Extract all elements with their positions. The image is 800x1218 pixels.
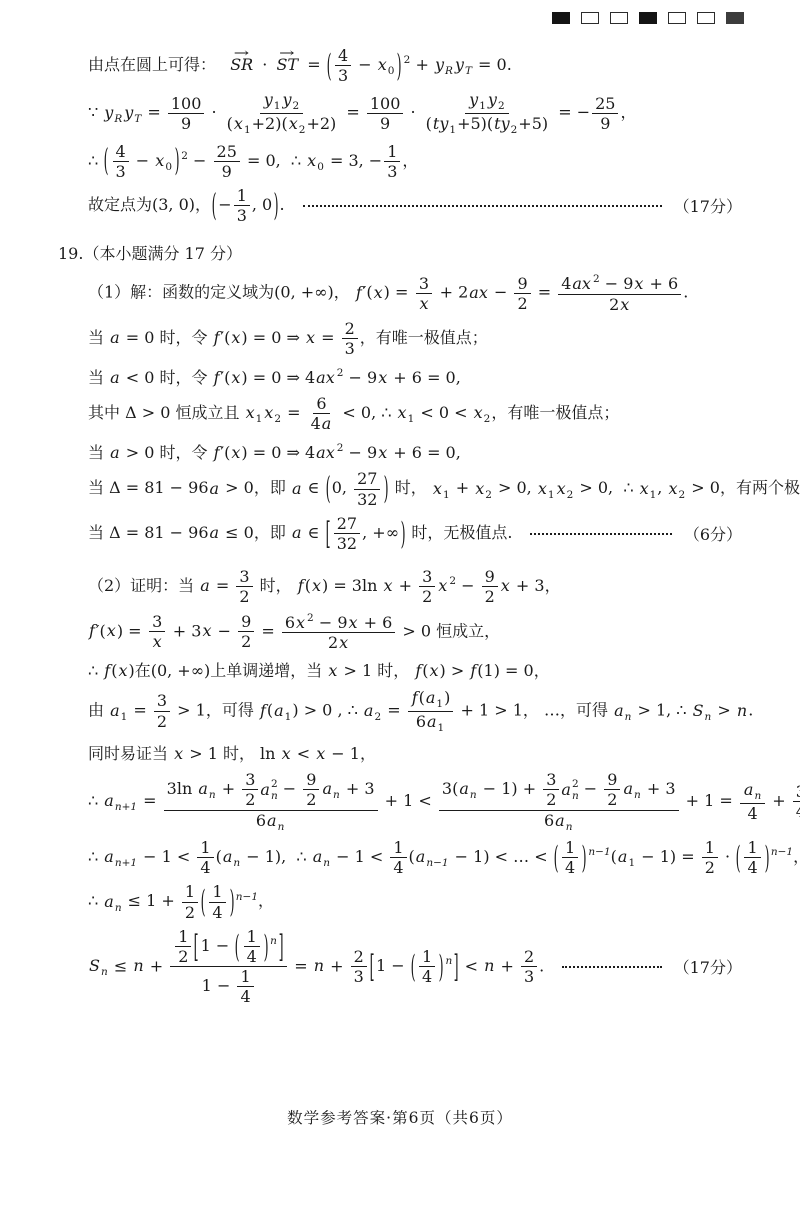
- text-run: ′(: [221, 443, 231, 462]
- fenced-group: (14): [410, 947, 445, 986]
- denominator: 4: [419, 967, 435, 986]
- text-run: 4: [747, 804, 757, 823]
- denominator: 2: [182, 903, 198, 922]
- text-run: > 1 时，: [338, 661, 414, 680]
- math-expression: ∴ f(x)在(0, +∞)上单调递增，当 x > 1 时， f(x) > f(…: [88, 658, 550, 681]
- text-run: +: [495, 956, 519, 975]
- text-run: > 0 时，令: [121, 443, 213, 462]
- sub-sup-var: a2n: [260, 778, 277, 802]
- numerator: 6x2 − 9x + 6: [282, 612, 395, 633]
- math-var: a: [613, 701, 625, 720]
- math-var: a: [617, 847, 629, 866]
- denominator: 3: [335, 66, 351, 85]
- text-run: ′(: [221, 368, 231, 387]
- numerator: 6: [313, 394, 329, 414]
- text-run: − 1) +: [478, 779, 542, 798]
- math-var: a: [103, 892, 115, 911]
- line-x0-solve: ∴ (43 − x0)2 − 259 = 0, ∴ x0 = 3, −13，: [88, 142, 742, 181]
- text-run: 19.（本小题满分 17 分）: [58, 244, 242, 263]
- line-an-gt-1: 由 a1 = 32 > 1，可得 f(a1) > 0 , ∴ a2 = f(a1…: [88, 688, 742, 734]
- text-run: (: [409, 847, 415, 866]
- text-run: (: [419, 688, 425, 707]
- open-fence: (: [326, 50, 331, 81]
- math-var: f: [259, 701, 267, 720]
- text-run: − 9: [600, 274, 634, 293]
- fraction: 92: [238, 612, 254, 651]
- text-run: 9: [485, 567, 495, 586]
- open-fence: (: [553, 842, 558, 873]
- text-run: 当 Δ = 81 − 96: [88, 523, 209, 542]
- text-run: −: [579, 779, 603, 798]
- math-var: a: [363, 701, 375, 720]
- text-run: (: [422, 661, 428, 680]
- math-var: a: [109, 443, 121, 462]
- fraction: an4: [740, 780, 765, 823]
- math-var: a: [291, 523, 303, 542]
- math-var: a: [743, 780, 755, 799]
- text-run: > 0 恒成立，: [397, 621, 500, 640]
- math-var: x: [106, 621, 117, 640]
- group-content: 14: [741, 838, 763, 877]
- text-run: .: [279, 195, 284, 214]
- open-fence: [: [325, 518, 330, 549]
- text-run: + 3，: [511, 576, 561, 595]
- text-run: ,: [657, 479, 667, 498]
- math-expression: （1）解：函数的定义域为(0, +∞)， f′(x) = 3x + 2ax − …: [88, 273, 688, 313]
- math-var: x: [537, 479, 548, 498]
- text-run: <: [292, 744, 316, 763]
- subscript: n: [566, 821, 574, 833]
- text-run: =: [256, 621, 280, 640]
- numerator: 1: [390, 838, 406, 858]
- numerator: 9: [604, 770, 620, 790]
- text-run: =: [316, 328, 340, 347]
- numerator: 4: [335, 46, 351, 66]
- text-run: ) = 3ln: [322, 576, 383, 595]
- score-label: （6分）: [684, 522, 742, 545]
- text-run: 2: [546, 790, 556, 809]
- open-fence: (: [235, 931, 240, 962]
- vector-arrow-icon: →: [271, 45, 303, 60]
- subscript: 1: [449, 124, 457, 136]
- text-run: 25: [595, 94, 615, 113]
- dotted-leader: [562, 966, 661, 968]
- text-run: ′(: [96, 621, 106, 640]
- denominator: 4: [209, 903, 225, 922]
- denominator: 3: [384, 162, 400, 181]
- text-run: ∴: [88, 151, 103, 170]
- vector: →SR: [230, 55, 253, 74]
- text-run: 4: [116, 142, 126, 161]
- math-var: x: [306, 151, 317, 170]
- text-run: 3: [419, 274, 429, 293]
- subscript: n: [323, 857, 331, 869]
- math-var: a: [312, 847, 324, 866]
- text-run: + 6: [644, 274, 678, 293]
- text-run: <: [459, 956, 483, 975]
- numerator: 27: [334, 514, 360, 534]
- denominator: 2: [242, 790, 258, 809]
- fraction: 34: [793, 782, 800, 821]
- math-var: f: [213, 328, 221, 347]
- math-var: a: [266, 811, 278, 830]
- text-run: 1: [387, 142, 397, 161]
- text-run: − 1), ∴: [241, 847, 312, 866]
- subscript: 1: [548, 489, 556, 501]
- close-fence: ): [274, 190, 279, 221]
- text-run: )在(0, +∞)上单调递增，当: [128, 661, 327, 680]
- text-run: ∴: [88, 661, 103, 680]
- numerator: 1: [384, 142, 400, 162]
- registration-mark: [610, 12, 628, 24]
- text-run: 2: [485, 587, 495, 606]
- denominator: 6a1: [413, 712, 448, 735]
- numerator: 2: [351, 947, 367, 967]
- text-run: < 0 时，令: [121, 368, 213, 387]
- numerator: 3: [543, 770, 559, 790]
- text-run: + 3: [168, 621, 202, 640]
- text-run: − 1，: [326, 744, 376, 763]
- numerator: 9: [482, 567, 498, 587]
- denominator: 2: [175, 947, 191, 966]
- denominator: (x1+2)(x2+2): [224, 114, 340, 137]
- subscript: 1: [244, 124, 252, 136]
- math-expression: 19.（本小题满分 17 分）: [58, 241, 242, 264]
- text-run: ′(: [363, 283, 373, 302]
- denominator: 2: [154, 712, 170, 731]
- numerator: 1: [244, 927, 260, 947]
- text-run: − 1 <: [138, 847, 195, 866]
- text-run: 32: [357, 490, 377, 509]
- text-run: 1: [212, 882, 222, 901]
- text-run: ′(: [221, 328, 231, 347]
- math-var: a: [554, 811, 566, 830]
- text-run: 4: [422, 967, 432, 986]
- denominator: 4a: [308, 414, 336, 433]
- text-run: ) = 0 ⇒ 4: [241, 443, 315, 462]
- math-var: x: [230, 368, 241, 387]
- text-run: = 0.: [473, 55, 512, 74]
- math-var: x: [338, 633, 349, 652]
- fraction: 13: [234, 186, 250, 225]
- line-delta-pos: 当 Δ = 81 − 96a > 0，即 a ∈ (0, 2732) 时， x1…: [88, 469, 742, 508]
- text-run: 故定点为(3, 0)，: [88, 195, 211, 214]
- answer-lines: 由点在圆上可得： →SR · →ST = (43 − x0)2 + yRyT =…: [88, 46, 742, 1007]
- math-expression: f′(x) = 3x + 3x − 92 = 6x2 − 9x + 62x > …: [88, 612, 500, 652]
- subscript: R: [445, 65, 454, 77]
- text-run: 4: [565, 858, 575, 877]
- numerator: 1: [197, 838, 213, 858]
- text-run: , +∞: [362, 523, 399, 542]
- text-run: 1: [565, 838, 575, 857]
- fraction: 3x: [416, 274, 433, 313]
- text-run: + 6 = 0,: [388, 368, 461, 387]
- text-run: 3(: [442, 779, 458, 798]
- superscript: n−1: [587, 846, 610, 858]
- subscript: 0: [165, 161, 173, 173]
- numerator: 12[1 − (14)n]: [170, 927, 287, 967]
- math-var: ax: [315, 443, 336, 462]
- math-expression: 当 Δ = 81 − 96a > 0，即 a ∈ (0, 2732) 时， x1…: [88, 469, 800, 508]
- fenced-group: [1 − (14)n]: [369, 947, 460, 986]
- text-run: =: [211, 576, 235, 595]
- answer-content: 由点在圆上可得： →SR · →ST = (43 − x0)2 + yRyT =…: [88, 46, 742, 1012]
- fenced-group: (43 − x0): [103, 142, 180, 181]
- math-var: ax: [571, 274, 592, 293]
- text-run: ，: [793, 847, 800, 866]
- denominator: (ty1+5)(ty2+5): [423, 114, 551, 137]
- fenced-group: (14): [735, 838, 770, 877]
- open-fence: (: [410, 951, 415, 982]
- text-run: ≤: [109, 956, 133, 975]
- math-var: f: [213, 368, 221, 387]
- numerator: 9: [238, 612, 254, 632]
- denominator: 2x: [325, 633, 352, 652]
- text-run: =: [341, 103, 365, 122]
- text-run: ，: [258, 892, 274, 911]
- superscript: 2: [180, 150, 188, 162]
- text-run: ≤ 0，即: [220, 523, 291, 542]
- text-run: 6: [544, 811, 554, 830]
- fraction: 43: [335, 46, 351, 85]
- text-run: ∈: [302, 523, 324, 542]
- text-run: 4: [747, 858, 757, 877]
- text-run: < 0, ∴: [337, 403, 396, 422]
- math-var: x: [315, 744, 326, 763]
- text-run: 9: [222, 162, 232, 181]
- text-run: 3: [116, 162, 126, 181]
- denominator: 9: [219, 162, 235, 181]
- text-run: ∵: [88, 103, 103, 122]
- numerator: 25: [214, 142, 240, 162]
- text-run: 由: [88, 701, 109, 720]
- text-run: 3: [546, 770, 556, 789]
- text-run: 3: [422, 567, 432, 586]
- denominator: 2: [419, 587, 435, 606]
- math-expression: ∴ an+1 = 3ln an + 32a2n − 92an + 36an + …: [88, 770, 800, 833]
- text-run: + 1 > 1， …，可得: [455, 701, 613, 720]
- denominator: 3: [113, 162, 129, 181]
- numerator: 1: [234, 186, 250, 206]
- denominator: 1 − 14: [199, 967, 259, 1006]
- text-run: +2)(: [252, 114, 288, 133]
- text-run: 1: [247, 927, 257, 946]
- text-run: ·: [206, 103, 221, 122]
- close-fence: ): [764, 842, 769, 873]
- subscript: n: [278, 821, 286, 833]
- fraction: 32: [543, 770, 559, 809]
- line-fprime-positive: f′(x) = 3x + 3x − 92 = 6x2 − 9x + 62x > …: [88, 612, 742, 652]
- text-run: − 1) < … <: [450, 847, 553, 866]
- text-run: + 3: [642, 779, 676, 798]
- math-var: n: [483, 956, 495, 975]
- line-an-le: ∴ an ≤ 1 + 12(14)n−1，: [88, 882, 742, 921]
- math-expression: 当 a < 0 时，令 f′(x) = 0 ⇒ 4ax2 − 9x + 6 = …: [88, 365, 461, 388]
- text-run: 6: [416, 712, 426, 731]
- text-run: (: [426, 114, 432, 133]
- superscript: 2: [592, 273, 600, 285]
- text-run: > 1, ∴: [632, 701, 691, 720]
- fenced-group: (14): [200, 882, 235, 921]
- numerator: 4ax2 − 9x + 6: [558, 273, 681, 294]
- text-run: 由点在圆上可得：: [88, 55, 226, 74]
- math-expression: ∴ an ≤ 1 + 12(14)n−1，: [88, 882, 274, 921]
- numerator: 3: [242, 770, 258, 790]
- fenced-group: [1 − (14)n]: [193, 927, 284, 966]
- math-var: x: [633, 274, 644, 293]
- dotted-leader: [530, 533, 671, 535]
- subscript: R: [114, 113, 123, 125]
- math-var: x: [152, 632, 163, 651]
- math-var: x: [377, 368, 388, 387]
- math-var: a: [209, 523, 221, 542]
- denominator: 2: [604, 790, 620, 809]
- math-var: a: [425, 688, 437, 707]
- text-run: +: [394, 576, 418, 595]
- math-var: ty: [493, 114, 510, 133]
- subscript: n+1: [115, 801, 138, 813]
- text-run: ，: [620, 103, 636, 122]
- text-run: 1: [705, 838, 715, 857]
- text-run: −: [456, 576, 480, 595]
- open-fence: (: [212, 190, 217, 221]
- text-run: , 0: [252, 195, 272, 214]
- text-run: 3: [237, 206, 247, 225]
- numerator: 1: [182, 882, 198, 902]
- text-run: 同时易证当: [88, 744, 173, 763]
- math-var: x: [263, 403, 274, 422]
- fraction: 14: [209, 882, 225, 921]
- text-run: 2: [345, 319, 355, 338]
- math-var: a: [109, 328, 121, 347]
- text-run: 2: [354, 947, 364, 966]
- denominator: 2: [543, 790, 559, 809]
- open-fence: (: [736, 842, 741, 873]
- text-run: +2): [306, 114, 336, 133]
- text-run: 1: [240, 967, 250, 986]
- numerator: f(a1): [408, 688, 454, 712]
- text-run: +: [325, 956, 349, 975]
- math-var: x: [173, 744, 184, 763]
- subscript: 2: [498, 100, 506, 112]
- subscript: n: [470, 789, 478, 801]
- denominator: 4: [562, 858, 578, 877]
- numerator: 2: [342, 319, 358, 339]
- fenced-group: (43 − x0): [326, 46, 403, 85]
- line-question-19: 19.（本小题满分 17 分）: [58, 239, 742, 265]
- line-lnx-bound: 同时易证当 x > 1 时， ln x < x − 1，: [88, 739, 742, 765]
- close-fence: ]: [454, 951, 459, 982]
- fraction: 3x: [149, 612, 166, 651]
- fraction: 23: [521, 947, 537, 986]
- answer-sheet-page: 由点在圆上可得： →SR · →ST = (43 − x0)2 + yRyT =…: [0, 0, 800, 1218]
- text-run: 9: [380, 114, 390, 133]
- text-run: 100: [370, 94, 401, 113]
- math-var: n: [736, 701, 748, 720]
- vector-arrow-icon: →: [224, 45, 259, 60]
- fraction: 32: [242, 770, 258, 809]
- math-var: a: [561, 780, 571, 799]
- denominator: 9: [178, 114, 194, 133]
- text-run: + 1 =: [681, 791, 738, 810]
- close-fence: ]: [279, 931, 284, 962]
- text-run: − 1 <: [331, 847, 388, 866]
- close-fence: ): [401, 518, 406, 549]
- subscript: 0: [317, 161, 325, 173]
- close-fence: ): [439, 951, 444, 982]
- fraction: 6x2 − 9x + 62x: [282, 612, 395, 652]
- text-run: 4: [200, 858, 210, 877]
- subscript: n: [634, 789, 642, 801]
- text-run: 1 −: [376, 956, 410, 975]
- group-content: 1 − (14)n: [200, 927, 278, 966]
- math-var: y: [468, 90, 479, 109]
- text-run: +: [767, 791, 791, 810]
- text-run: 2: [239, 587, 249, 606]
- text-run: 1: [422, 947, 432, 966]
- fraction: 4ax2 − 9x + 62x: [558, 273, 681, 313]
- group-content: 1 − (14)n: [375, 947, 453, 986]
- math-expression: （2）证明：当 a = 32 时， f(x) = 3ln x + 32x2 − …: [88, 567, 561, 606]
- text-run: 1: [237, 186, 247, 205]
- text-run: (: [216, 847, 222, 866]
- text-run: −: [489, 283, 513, 302]
- fraction: 259: [214, 142, 240, 181]
- numerator: 9: [514, 274, 530, 294]
- math-var: f: [411, 688, 419, 707]
- fraction: 92: [514, 274, 530, 313]
- text-run: 6: [285, 613, 295, 632]
- math-var: x: [639, 479, 650, 498]
- numerator: 1: [702, 838, 718, 858]
- group-content: 14: [206, 882, 228, 921]
- denominator: 3: [351, 967, 367, 986]
- text-run: 2: [705, 858, 715, 877]
- close-fence: ): [384, 474, 389, 505]
- fraction: 14: [244, 927, 260, 966]
- text-run: +: [217, 779, 241, 798]
- math-var: ax: [315, 368, 336, 387]
- text-run: ) =: [117, 621, 147, 640]
- math-var: x: [373, 283, 384, 302]
- group-content: 14: [416, 947, 438, 986]
- fraction: 14: [197, 838, 213, 877]
- math-var: ax: [468, 283, 489, 302]
- subscript: 1: [438, 722, 446, 734]
- superscript: 2: [306, 612, 314, 624]
- text-run: 2: [328, 633, 338, 652]
- denominator: 3: [234, 206, 250, 225]
- fraction: 12: [182, 882, 198, 921]
- text-run: 6: [256, 811, 266, 830]
- text-run: 2: [178, 947, 188, 966]
- text-run: +5): [518, 114, 548, 133]
- denominator: 32: [354, 490, 380, 509]
- superscript: n: [444, 955, 452, 967]
- denominator: 9: [377, 114, 393, 133]
- sub-sup-var: a2n: [561, 778, 578, 802]
- text-run: 3: [245, 770, 255, 789]
- subscript: n+1: [115, 857, 138, 869]
- text-run: +: [145, 956, 169, 975]
- math-var: x: [432, 479, 443, 498]
- registration-marks: [552, 12, 744, 24]
- open-fence: [: [369, 951, 374, 982]
- math-var: x: [619, 295, 630, 314]
- registration-mark: [552, 12, 570, 24]
- text-run: 1 −: [202, 976, 236, 995]
- text-run: .: [683, 283, 688, 302]
